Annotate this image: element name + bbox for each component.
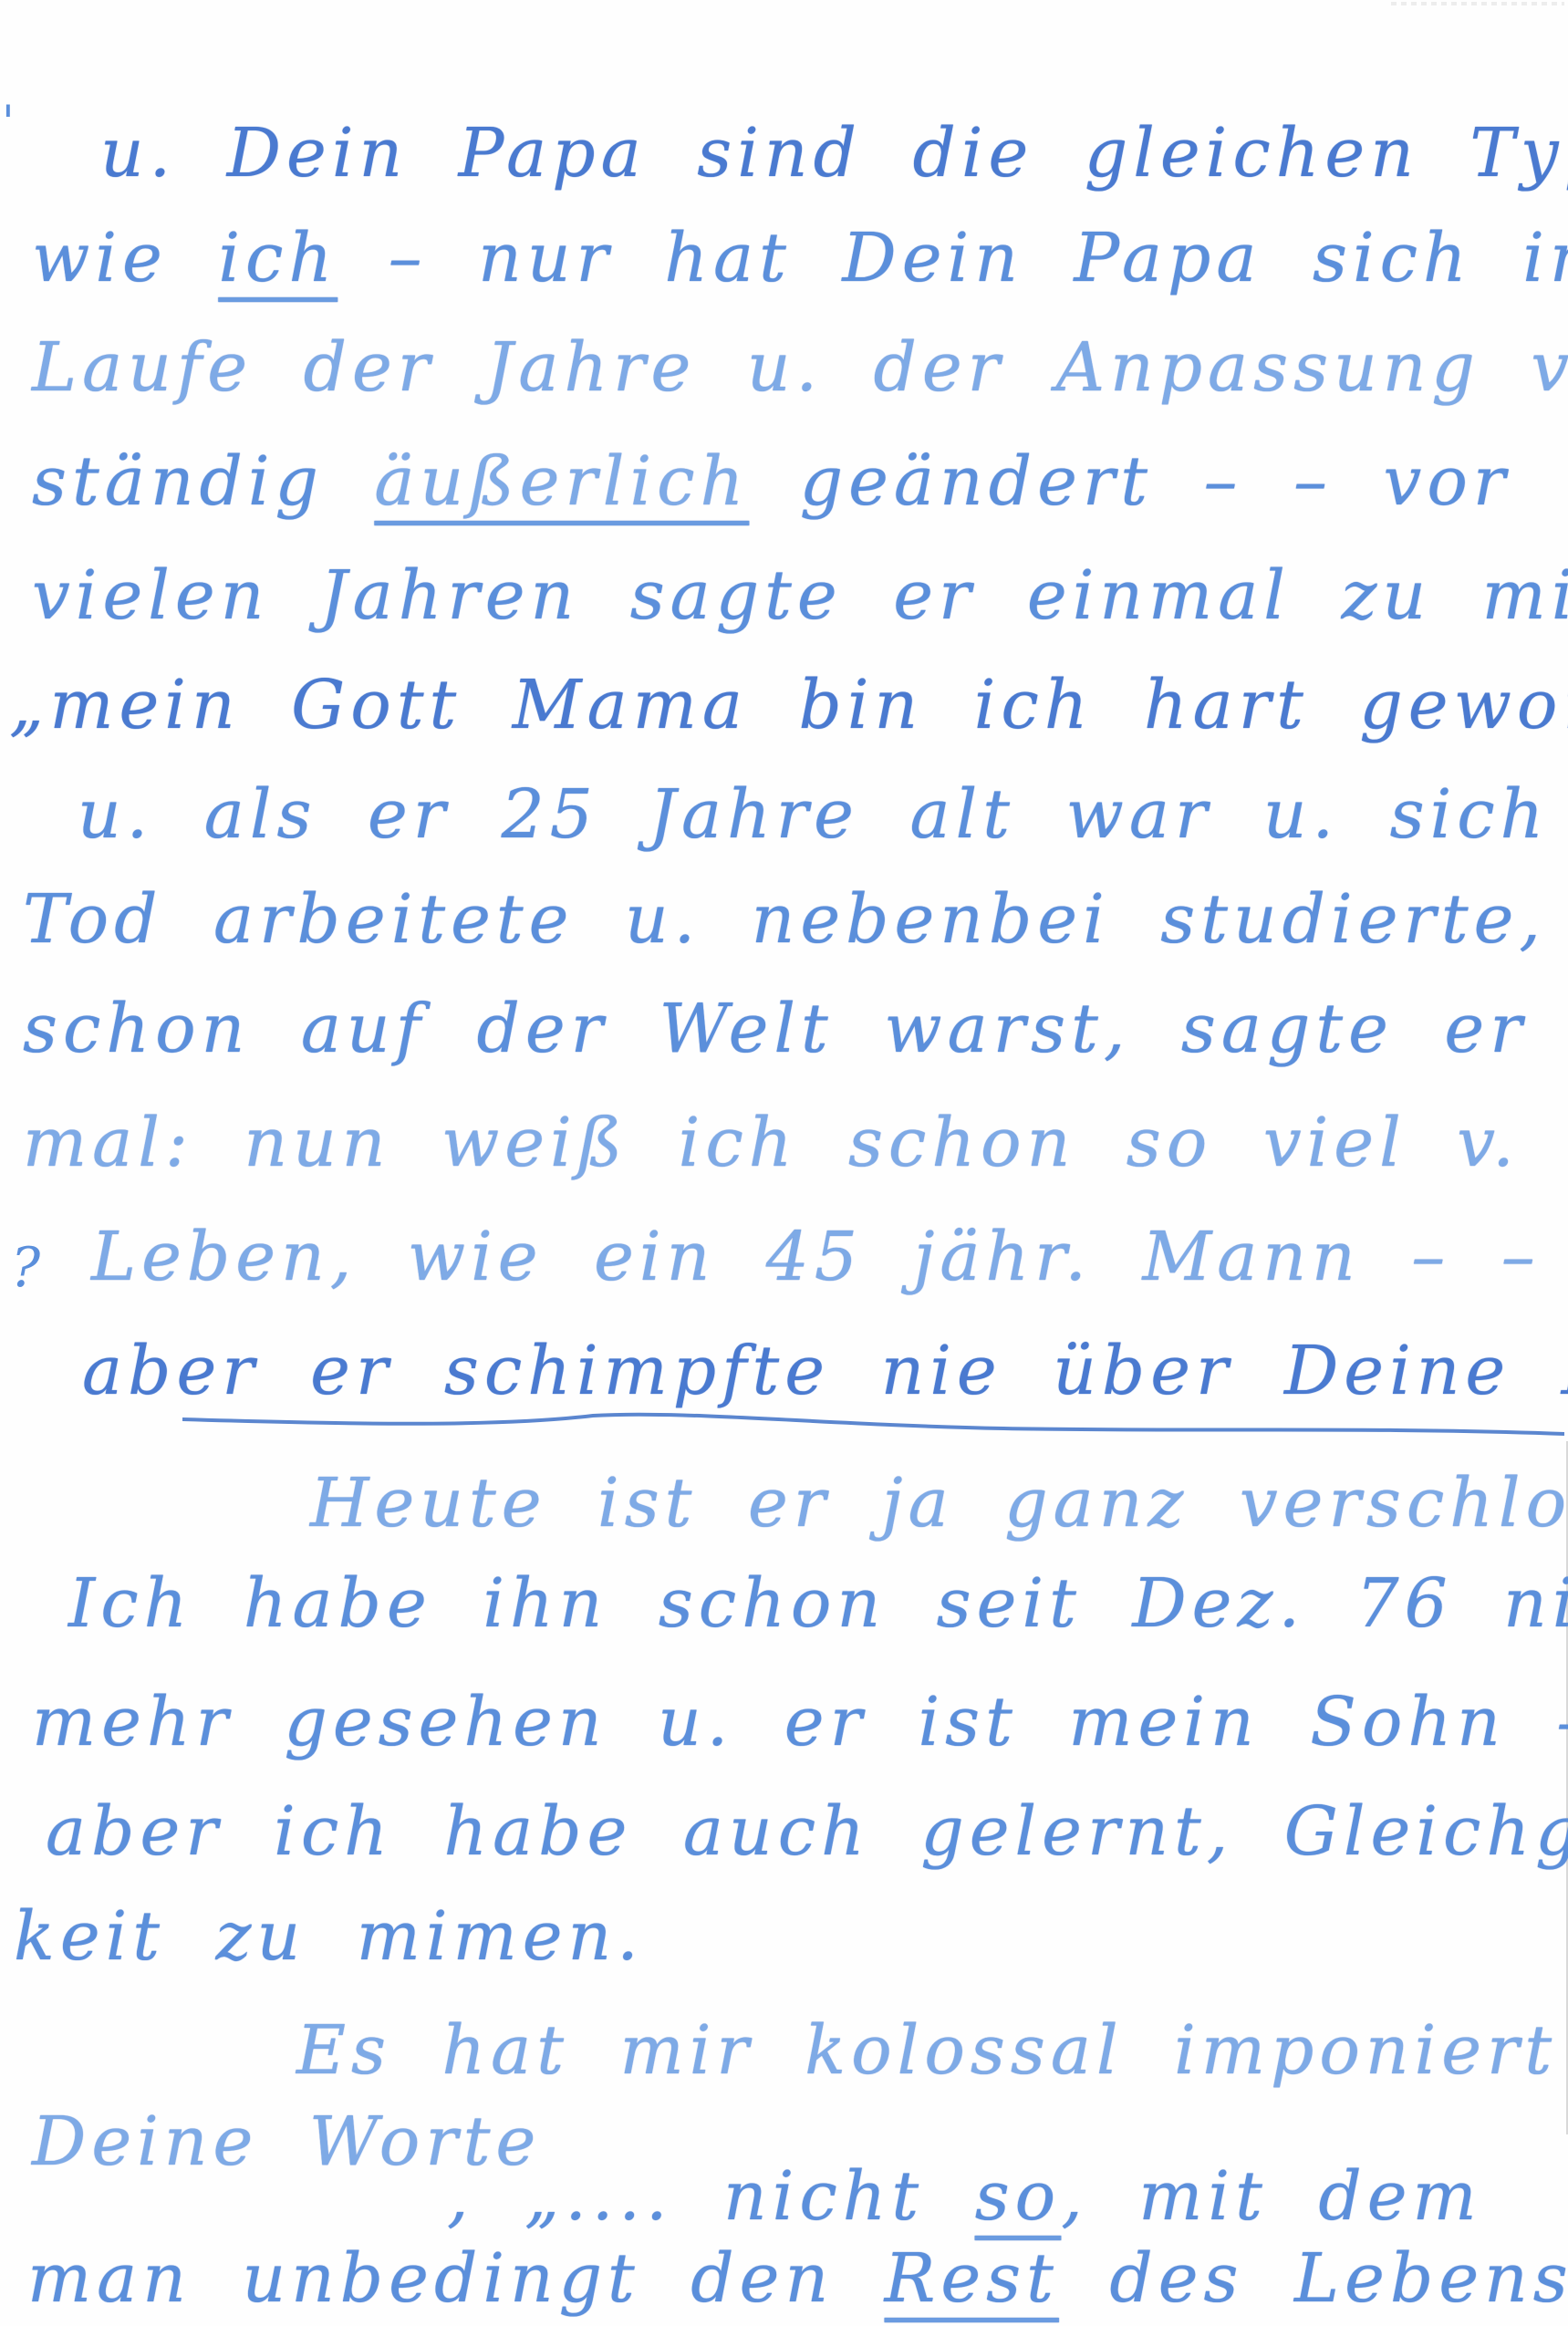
line-text: aber er schimpfte nie über Deine Mami. — [82, 1332, 1568, 1410]
handwritten-line: keit zu mimen. — [14, 1897, 644, 1976]
handwritten-line: „mein Gott Mama bin ich hart geworden" — [9, 666, 1568, 744]
handwritten-line: mal: nun weiß ich schon so viel v. — [23, 1104, 1520, 1182]
handwritten-line: wie ich – nur hat Dein Papa sich im — [32, 219, 1568, 297]
handwritten-line: aber er schimpfte nie über Deine Mami. — [82, 1332, 1568, 1410]
handwritten-line: schon auf der Welt warst, sagte er ein- — [23, 990, 1568, 1068]
underlined-word: äußerlich — [374, 442, 749, 521]
scan-edge-artifact — [1391, 2, 1564, 5]
line-text: Leben, wie ein 45 jähr. Mann – – — [91, 1218, 1541, 1296]
line-text: vielen Jahren sagte er einmal zu mir — [32, 556, 1568, 635]
handwritten-line: mehr gesehen u. er ist mein Sohn – — [32, 1683, 1568, 1761]
underlined-word: ich — [218, 219, 337, 297]
line-text-part: wie — [32, 219, 218, 297]
line-text-part: , mit dem — [1061, 2157, 1481, 2236]
line-text: u. als er 25 Jahre alt war u. sich zu — [78, 775, 1568, 854]
handwritten-line: Laufe der Jahre u. der Anpassung voll- — [32, 328, 1568, 407]
underlined-word: Rest — [885, 2239, 1059, 2318]
line-text: u. Dein Papa sind die gleichen Typen — [100, 114, 1568, 192]
margin-mark: ' — [2, 96, 15, 149]
handwritten-line: Heute ist er ja ganz verschlossen — [310, 1464, 1568, 1542]
line-text: schon auf der Welt warst, sagte er ein- — [23, 990, 1568, 1068]
line-text-part: ständig — [32, 442, 374, 521]
line-text-part: geändert – – vor — [749, 442, 1511, 521]
handwritten-line: Tod arbeitete u. nebenbei studierte, Du — [23, 880, 1568, 959]
line-text: „mein Gott Mama bin ich hart geworden" — [9, 666, 1568, 744]
handwritten-line: vielen Jahren sagte er einmal zu mir — [32, 556, 1568, 635]
line-text: mehr gesehen u. er ist mein Sohn – — [32, 1683, 1568, 1761]
line-text-part: – nur hat Dein Papa sich im — [337, 219, 1568, 297]
handwritten-line: Ich habe ihn schon seit Dez. 76 nicht — [68, 1564, 1568, 1643]
handwritten-line: u. als er 25 Jahre alt war u. sich zu — [78, 775, 1568, 854]
line-text: Es hat mir kolossal imponiert — [296, 2011, 1557, 2090]
handwritten-line: Es hat mir kolossal imponiert — [296, 2011, 1557, 2090]
line-text: Laufe der Jahre u. der Anpassung voll- — [32, 328, 1568, 407]
line-text-part: man unbedingt den — [27, 2239, 885, 2318]
handwritten-line: u. Dein Papa sind die gleichen Typen — [100, 114, 1568, 192]
wavy-divider-line — [182, 1412, 1564, 1439]
handwritten-line: aber ich habe auch gelernt, Gleichgültig… — [46, 1792, 1568, 1871]
line-text: keit zu mimen. — [14, 1897, 644, 1976]
letter-page: ' ? u. Dein Papa sind die gleichen Typen… — [0, 0, 1568, 2326]
underlined-word: so — [975, 2157, 1062, 2236]
handwritten-line: ständig äußerlich geändert – – vor — [32, 442, 1511, 521]
line-text-part: , „.... nicht — [447, 2157, 975, 2236]
line-text: aber ich habe auch gelernt, Gleichgültig… — [46, 1792, 1568, 1871]
line-text: Ich habe ihn schon seit Dez. 76 nicht — [68, 1564, 1568, 1643]
line-text: mal: nun weiß ich schon so viel v. — [23, 1104, 1520, 1182]
line-text: Heute ist er ja ganz verschlossen — [310, 1464, 1568, 1542]
line-text-part: Tod arbeitete u. nebenbei studierte, — [23, 880, 1568, 959]
handwritten-line: , „.... nicht so, mit dem — [447, 2157, 1482, 2236]
line-text-part: des Lebens — [1059, 2239, 1568, 2318]
handwritten-line: Leben, wie ein 45 jähr. Mann – – — [91, 1218, 1541, 1296]
margin-question-mark: ? — [11, 1236, 40, 1300]
handwritten-line: man unbedingt den Rest des Lebens — [27, 2239, 1568, 2318]
